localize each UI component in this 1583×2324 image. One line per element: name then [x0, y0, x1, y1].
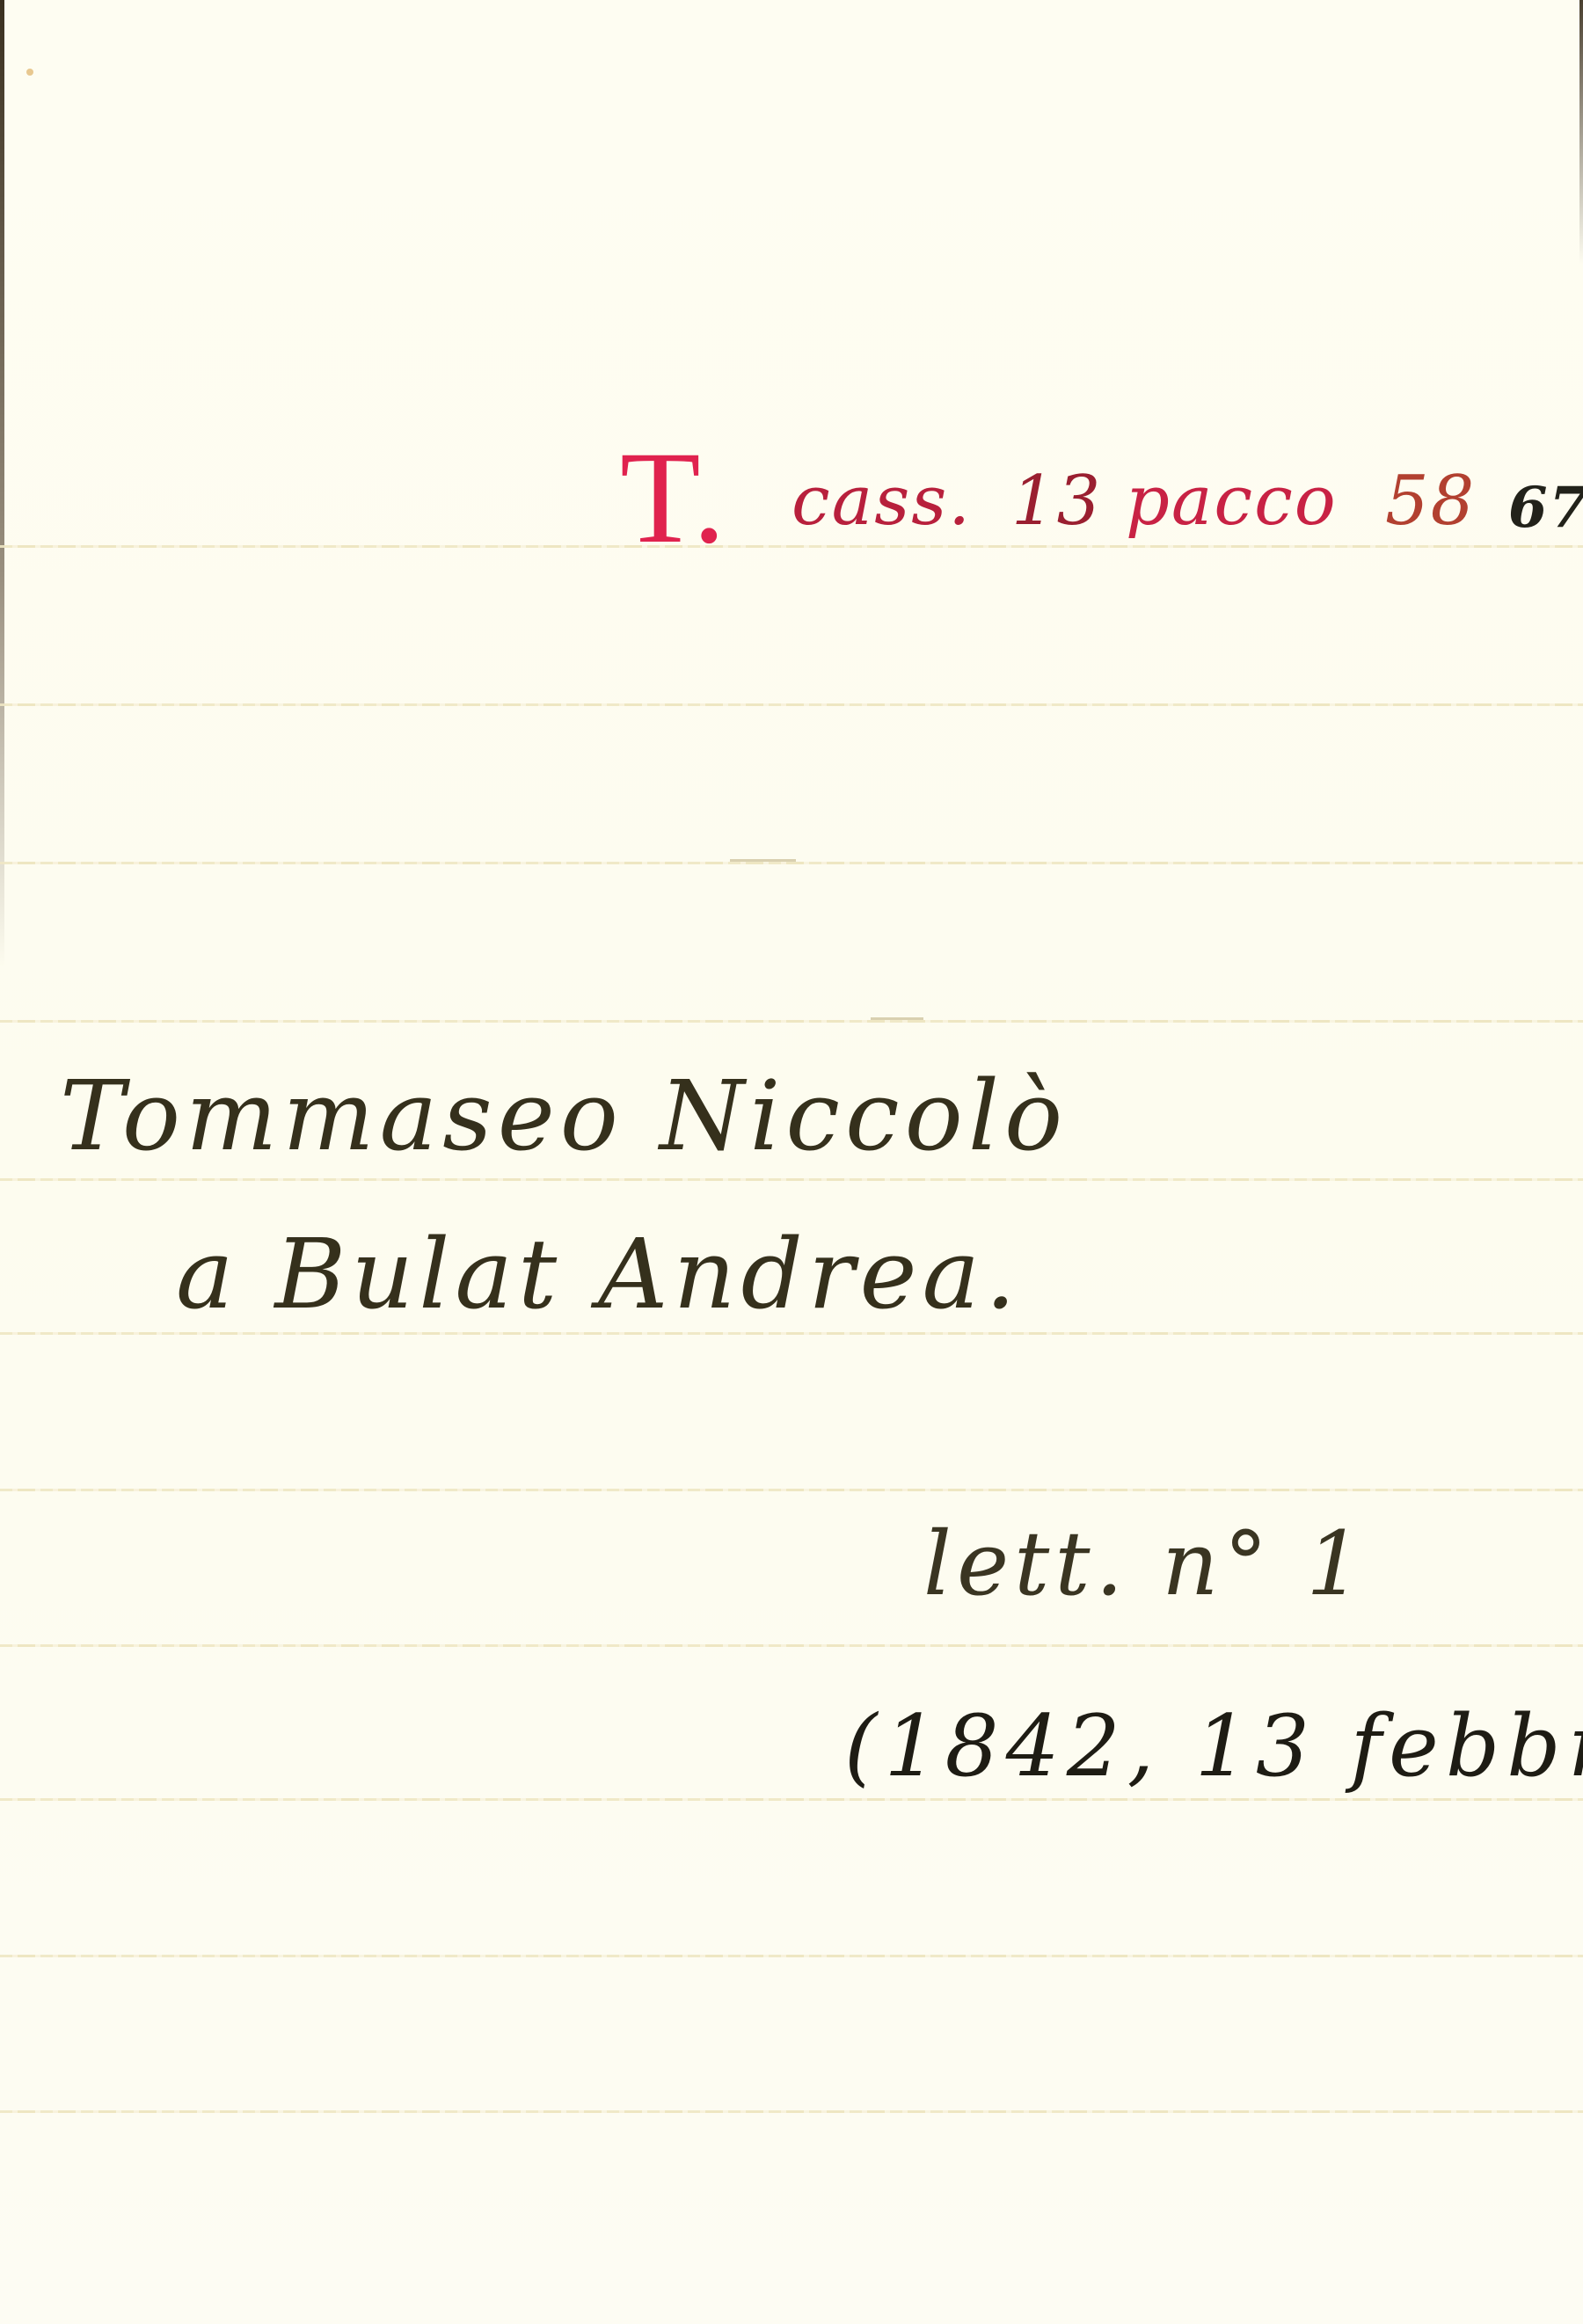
rule-line [0, 1955, 1583, 1957]
rule-dash [871, 1017, 923, 1020]
rule-line [0, 1332, 1583, 1335]
card-left-edge [0, 0, 4, 967]
rule-line [0, 1178, 1583, 1181]
cassetta-label: cass. [791, 462, 972, 541]
rule-line [0, 545, 1583, 548]
index-card: T. cass. 13 pacco 58 67 Tommaseo Niccolò… [0, 0, 1583, 2324]
cassetta-number: 13 [1011, 462, 1102, 541]
rule-line [0, 1020, 1583, 1023]
rule-line [0, 703, 1583, 706]
sender-name: Tommaseo Niccolò [60, 1060, 1068, 1172]
recipient-name: a Bulat Andrea. [176, 1218, 1021, 1330]
rule-line [0, 2110, 1583, 2113]
pacco-number: 58 [1385, 462, 1476, 541]
rule-line [0, 862, 1583, 864]
sub-number: 67 [1508, 475, 1583, 541]
archive-letter-T: T. [620, 422, 727, 573]
rule-line [0, 1644, 1583, 1647]
pacco-label: pacco [1126, 462, 1338, 541]
paper-speck [26, 69, 33, 76]
rule-dash [730, 859, 796, 862]
rule-line [0, 1798, 1583, 1801]
letter-date: (1842, 13 febbr.) [844, 1697, 1583, 1796]
rule-line [0, 1489, 1583, 1491]
card-right-edge [1579, 0, 1583, 264]
letter-number: lett. n° 1 [923, 1512, 1368, 1615]
